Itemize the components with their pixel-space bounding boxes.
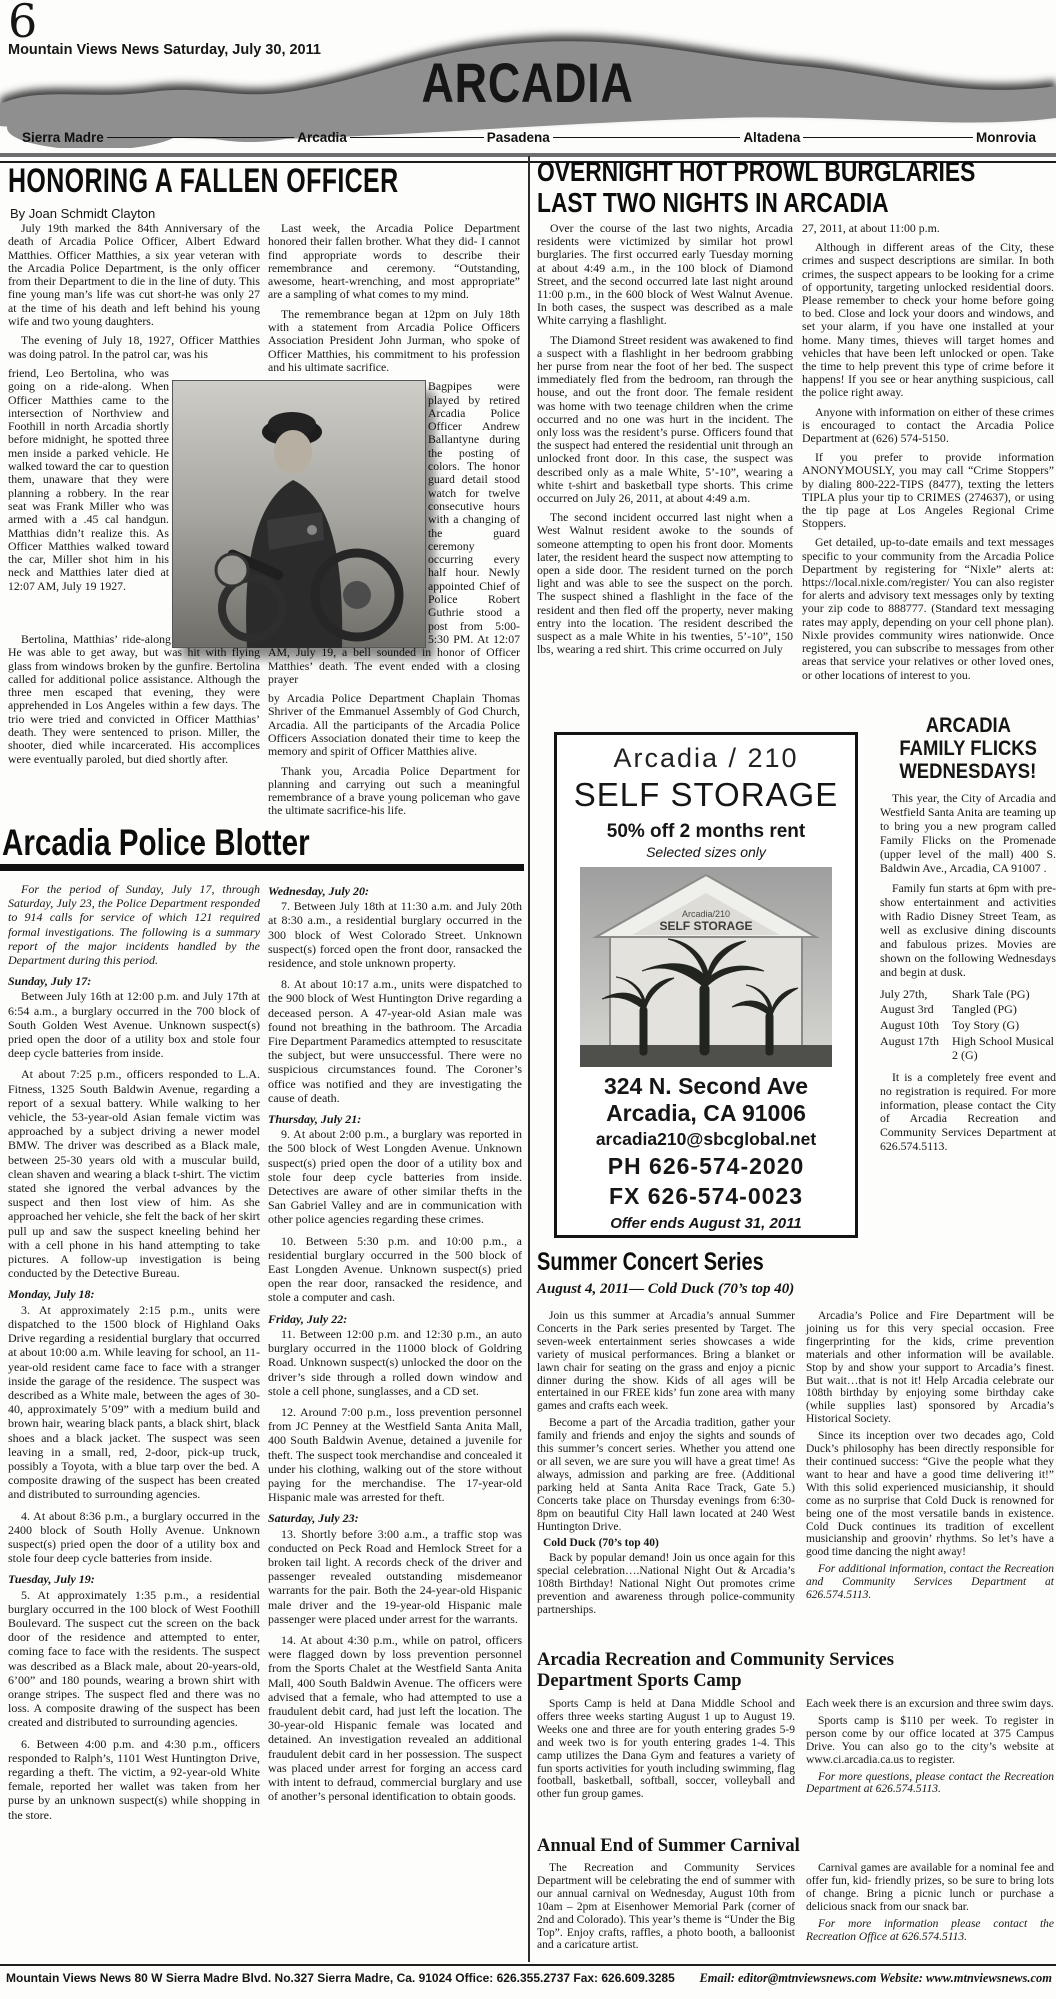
newspaper-page: 6 Mountain Views News Saturday, July 30,… bbox=[0, 0, 1056, 1999]
photo-sign-line2: SELF STORAGE bbox=[659, 919, 752, 933]
movie-row: August 10thToy Story (G) bbox=[880, 1018, 1056, 1033]
cold-duck-subhead: Cold Duck (70’s top 40) bbox=[537, 1537, 795, 1550]
paragraph: For more questions, please contact the R… bbox=[806, 1771, 1054, 1797]
blotter-day: Thursday, July 21: bbox=[268, 1112, 522, 1126]
blotter-day: Tuesday, July 19: bbox=[8, 1572, 260, 1586]
burglaries-headline-line2: LAST TWO NIGHTS IN ARCADIA bbox=[537, 187, 975, 218]
city-sierra-madre: Sierra Madre bbox=[22, 130, 104, 145]
concert-headline: Summer Concert Series bbox=[537, 1248, 764, 1277]
paragraph: Last week, the Arcadia Police Department… bbox=[268, 222, 520, 302]
divider-line bbox=[553, 137, 741, 138]
city-arcadia: Arcadia bbox=[297, 130, 347, 145]
paragraph: For more information please contact the … bbox=[806, 1918, 1054, 1944]
blotter-item: 11. Between 12:00 p.m. and 12:30 p.m., a… bbox=[268, 1327, 522, 1398]
paragraph: Bertolina, Matthias’ ride-along was also… bbox=[8, 633, 260, 766]
cities-row: Sierra Madre Arcadia Pasadena Altadena M… bbox=[22, 130, 1036, 145]
blotter-item: 8. At about 10:17 a.m., units were dispa… bbox=[268, 977, 522, 1105]
ad-phone: PH 626-574-2020 bbox=[557, 1153, 855, 1180]
family-flicks-body: This year, the City of Arcadia and Westf… bbox=[880, 792, 1056, 1154]
family-flicks-headline: ARCADIA FAMILY FLICKS WEDNESDAYS! bbox=[880, 714, 1056, 783]
divider-line bbox=[350, 137, 484, 138]
paragraph: 27, 2011, at about 11:00 p.m. bbox=[802, 222, 1054, 235]
ad-offer-expiry: Offer ends August 31, 2011 bbox=[557, 1215, 855, 1232]
carnival-column-2: Carnival games are available for a nomin… bbox=[806, 1862, 1054, 1947]
city-altadena: Altadena bbox=[743, 130, 800, 145]
movie-row: July 27th,Shark Tale (PG) bbox=[880, 987, 1056, 1002]
footer-rule bbox=[0, 1964, 1056, 1966]
ad-offer-headline: 50% off 2 months rent bbox=[557, 821, 855, 843]
paragraph: July 19th marked the 84th Anniversary of… bbox=[8, 222, 260, 328]
paragraph: Get detailed, up-to-date emails and text… bbox=[802, 536, 1054, 681]
blotter-day: Sunday, July 17: bbox=[8, 974, 260, 988]
paragraph: The Recreation and Community Services De… bbox=[537, 1862, 795, 1952]
movie-row: August 3rdTangled (PG) bbox=[880, 1002, 1056, 1017]
concert-column-2: Arcadia’s Police and Fire Department wil… bbox=[806, 1310, 1054, 1606]
paragraph: The evening of July 18, 1927, Officer Ma… bbox=[8, 334, 260, 361]
sports-camp-column-1: Sports Camp is held at Dana Middle Schoo… bbox=[537, 1698, 795, 1805]
footer: Mountain Views News 80 W Sierra Madre Bl… bbox=[6, 1971, 1052, 1986]
blotter-day: Saturday, July 23: bbox=[268, 1511, 522, 1525]
blotter-item: 14. At about 4:30 p.m., while on patrol,… bbox=[268, 1633, 522, 1803]
carnival-column-1: The Recreation and Community Services De… bbox=[537, 1862, 795, 1956]
ad-email: arcadia210@sbcglobal.net bbox=[557, 1129, 855, 1150]
blotter-day: Wednesday, July 20: bbox=[268, 884, 522, 898]
paragraph: Arcadia’s Police and Fire Department wil… bbox=[806, 1310, 1054, 1426]
blotter-rule bbox=[0, 864, 524, 871]
storage-building-photo: Arcadia/210 SELF STORAGE bbox=[580, 867, 832, 1067]
blotter-headline: Arcadia Police Blotter bbox=[2, 822, 310, 864]
paragraph: For additional information, contact the … bbox=[806, 1563, 1054, 1602]
burglaries-headline: OVERNIGHT HOT PROWL BURGLARIES LAST TWO … bbox=[537, 156, 975, 218]
blotter-item: Between July 16th at 12:00 p.m. and July… bbox=[8, 989, 260, 1060]
paragraph: Join us this summer at Arcadia’s annual … bbox=[537, 1310, 795, 1413]
paragraph: Carnival games are available for a nomin… bbox=[806, 1862, 1054, 1914]
blotter-column-2: Wednesday, July 20: 7. Between July 18th… bbox=[268, 882, 522, 1810]
concert-column-1: Join us this summer at Arcadia’s annual … bbox=[537, 1310, 795, 1621]
city-pasadena: Pasadena bbox=[487, 130, 550, 145]
ad-address-line2: Arcadia, CA 91006 bbox=[557, 1100, 855, 1127]
paragraph: Although in different areas of the City,… bbox=[802, 241, 1054, 399]
paragraph: This year, the City of Arcadia and Westf… bbox=[880, 792, 1056, 875]
sports-camp-column-2: Each week there is an excursion and thre… bbox=[806, 1698, 1054, 1800]
burglaries-headline-line1: OVERNIGHT HOT PROWL BURGLARIES bbox=[537, 156, 975, 187]
honoring-headline: HONORING A FALLEN OFFICER bbox=[8, 162, 399, 201]
paragraph: The remembrance began at 12pm on July 18… bbox=[268, 308, 520, 374]
ad-address-line1: 324 N. Second Ave bbox=[557, 1073, 855, 1100]
blotter-day: Friday, July 22: bbox=[268, 1312, 522, 1326]
carnival-headline: Annual End of Summer Carnival bbox=[537, 1836, 800, 1857]
section-banner: ARCADIA bbox=[0, 50, 1056, 115]
paragraph: Family fun starts at 6pm with pre-show e… bbox=[880, 882, 1056, 979]
blotter-intro: For the period of Sunday, July 17, throu… bbox=[8, 882, 260, 967]
officer-motorcycle-photo bbox=[172, 380, 426, 648]
burglaries-column-2: 27, 2011, at about 11:00 p.m. Although i… bbox=[802, 222, 1054, 688]
blotter-item: At about 7:25 p.m., officers responded t… bbox=[8, 1067, 260, 1280]
paragraph: It is a completely free event and no reg… bbox=[880, 1071, 1056, 1154]
ad-title-line2: SELF STORAGE bbox=[557, 776, 855, 814]
self-storage-ad: Arcadia / 210 SELF STORAGE 50% off 2 mon… bbox=[554, 732, 858, 1238]
ad-title-line1: Arcadia / 210 bbox=[557, 743, 855, 774]
ad-offer-note: Selected sizes only bbox=[557, 844, 855, 860]
blotter-item: 12. Around 7:00 p.m., loss prevention pe… bbox=[268, 1405, 522, 1504]
paragraph: Sports Camp is held at Dana Middle Schoo… bbox=[537, 1698, 795, 1801]
paragraph: Over the course of the last two nights, … bbox=[537, 222, 793, 328]
paragraph: The Diamond Street resident was awakened… bbox=[537, 334, 793, 506]
blotter-item: 13. Shortly before 3:00 a.m., a traffic … bbox=[268, 1527, 522, 1626]
paragraph: Thank you, Arcadia Police Department for… bbox=[268, 765, 520, 818]
paragraph: Back by popular demand! Join us once aga… bbox=[537, 1552, 795, 1617]
paragraph: If you prefer to provide information ANO… bbox=[802, 451, 1054, 530]
paragraph: Sports camp is $110 per week. To registe… bbox=[806, 1715, 1054, 1767]
paragraph: Anyone with information on either of the… bbox=[802, 406, 1054, 446]
blotter-item: 3. At approximately 2:15 p.m., units wer… bbox=[8, 1303, 260, 1502]
blotter-item: 6. Between 4:00 p.m. and 4:30 p.m., offi… bbox=[8, 1737, 260, 1822]
honoring-byline: By Joan Schmidt Clayton bbox=[10, 206, 155, 221]
column-divider bbox=[528, 156, 530, 1962]
divider-line bbox=[107, 137, 295, 138]
blotter-item: 7. Between July 18th at 11:30 a.m. and J… bbox=[268, 899, 522, 970]
blotter-item: 10. Between 5:30 p.m. and 10:00 p.m., a … bbox=[268, 1234, 522, 1305]
paragraph: Become a part of the Arcadia tradition, … bbox=[537, 1417, 795, 1533]
sports-camp-headline: Arcadia Recreation and Community Service… bbox=[537, 1650, 894, 1692]
divider-line bbox=[803, 137, 973, 138]
footer-contact: Mountain Views News 80 W Sierra Madre Bl… bbox=[6, 1971, 675, 1985]
movie-row: August 17thHigh School Musical 2 (G) bbox=[880, 1034, 1056, 1063]
photo-sign-line1: Arcadia/210 bbox=[682, 909, 730, 919]
movie-schedule: July 27th,Shark Tale (PG) August 3rdTang… bbox=[880, 987, 1056, 1063]
paragraph: Since its inception over two decades ago… bbox=[806, 1430, 1054, 1559]
city-monrovia: Monrovia bbox=[976, 130, 1036, 145]
concert-subtitle: August 4, 2011— Cold Duck (70’s top 40) bbox=[537, 1281, 794, 1298]
banner-title: ARCADIA bbox=[422, 50, 634, 115]
blotter-item: 4. At about 8:36 p.m., a burglary occurr… bbox=[8, 1509, 260, 1566]
paragraph: Each week there is an excursion and thre… bbox=[806, 1698, 1054, 1711]
blotter-item: 9. At about 2:00 p.m., a burglary was re… bbox=[268, 1127, 522, 1226]
blotter-column-1: For the period of Sunday, July 17, throu… bbox=[8, 882, 260, 1829]
family-flicks-section: ARCADIA FAMILY FLICKS WEDNESDAYS! This y… bbox=[880, 714, 1056, 1161]
blotter-item: 5. At approximately 1:35 p.m., a residen… bbox=[8, 1588, 260, 1730]
burglaries-column-1: Over the course of the last two nights, … bbox=[537, 222, 793, 663]
ad-fax: FX 626-574-0023 bbox=[557, 1183, 855, 1210]
paragraph: by Arcadia Police Department Chaplain Th… bbox=[268, 692, 520, 758]
footer-web: Email: editor@mtnviewsnews.com Website: … bbox=[699, 1971, 1052, 1986]
blotter-day: Monday, July 18: bbox=[8, 1287, 260, 1301]
paragraph: The second incident occurred last night … bbox=[537, 511, 793, 656]
